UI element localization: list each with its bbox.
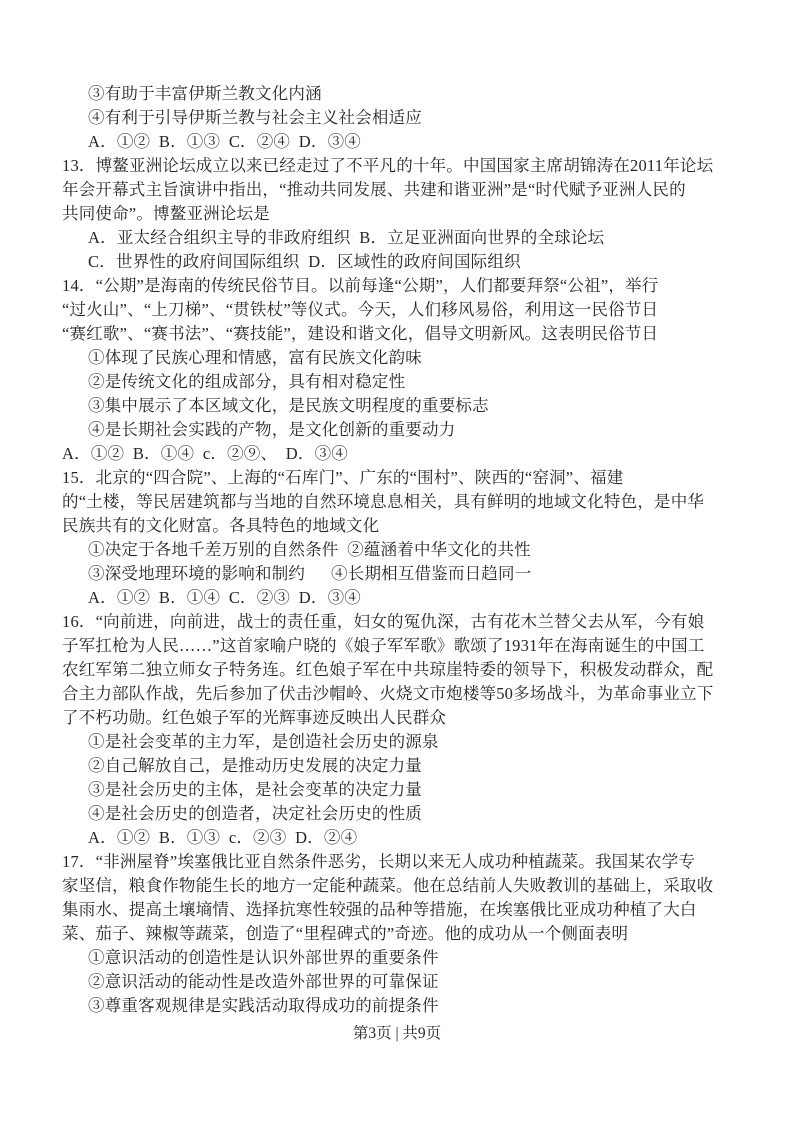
document-line: 家坚信，粮食作物能生长的地方一定能种蔬菜。他在总结前人失败教训的基础上，采取收 <box>62 874 726 898</box>
document-line: ①意识活动的创造性是认识外部世界的重要条件 <box>62 946 726 970</box>
document-line: A．①② B．①③ c．②③ D．②④ <box>62 826 726 850</box>
document-line: ②自己解放自己，是推动历史发展的决定力量 <box>62 754 726 778</box>
document-line: 合主力部队作战，先后参加了伏击沙帽岭、火烧文市炮楼等50多场战斗，为革命事业立下 <box>62 682 726 706</box>
exam-page: ③有助于丰富伊斯兰教文化内涵④有利于引导伊斯兰教与社会主义社会相适应A．①② B… <box>0 0 794 1122</box>
document-line: ①体现了民族心理和情感，富有民族文化韵味 <box>62 346 726 370</box>
document-line: 的“土楼，等民居建筑都与当地的自然环境息息相关，具有鲜明的地域文化特色，是中华 <box>62 490 726 514</box>
document-line: ①决定于各地千差万别的自然条件 ②蕴涵着中华文化的共性 <box>62 538 726 562</box>
document-line: ②意识活动的能动性是改造外部世界的可靠保证 <box>62 970 726 994</box>
page-footer: 第3页 | 共9页 <box>0 1022 794 1046</box>
document-line: A．①② B．①③ C．②④ D．③④ <box>62 130 726 154</box>
document-line: 16．“向前进，向前进，战士的责任重，妇女的冤仇深，古有花木兰替父去从军，今有娘 <box>62 610 726 634</box>
document-line: ③尊重客观规律是实践活动取得成功的前提条件 <box>62 994 726 1018</box>
document-line: 了不朽功勋。红色娘子军的光辉事迹反映出人民群众 <box>62 706 726 730</box>
document-line: ④有利于引导伊斯兰教与社会主义社会相适应 <box>62 106 726 130</box>
document-line: A．①② B．①④ c．②⑨、 D．③④ <box>62 442 726 466</box>
document-line: 农红军第二独立师女子特务连。红色娘子军在中共琼崖特委的领导下，积极发动群众，配 <box>62 658 726 682</box>
document-line: A．亚太经合组织主导的非政府组织 B．立足亚洲面向世界的全球论坛 <box>62 226 726 250</box>
document-line: “赛红歌”、“赛书法”、“赛技能”，建设和谐文化，倡导文明新风。这表明民俗节日 <box>62 322 726 346</box>
document-line: 共同使命”。博鳌亚洲论坛是 <box>62 202 726 226</box>
document-line: ③是社会历史的主体，是社会变革的决定力量 <box>62 778 726 802</box>
document-line: A．①② B．①④ C．②③ D．③④ <box>62 586 726 610</box>
document-line: ④是长期社会实践的产物，是文化创新的重要动力 <box>62 418 726 442</box>
document-line: 子军扛枪为人民……”这首家喻户晓的《娘子军军歌》歌颂了1931年在海南诞生的中国… <box>62 634 726 658</box>
document-line: 13．博鳌亚洲论坛成立以来已经走过了不平凡的十年。中国国家主席胡锦涛在2011年… <box>62 154 726 178</box>
document-line: ③深受地理环境的影响和制约 ④长期相互借鉴而日趋同一 <box>62 562 726 586</box>
document-line: 17．“非洲屋脊”埃塞俄比亚自然条件恶劣，长期以来无人成功种植蔬菜。我国某农学专 <box>62 850 726 874</box>
document-line: 15．北京的“四合院”、上海的“石库门”、广东的“围村”、陕西的“窑洞”、福建 <box>62 466 726 490</box>
document-line: ③有助于丰富伊斯兰教文化内涵 <box>62 82 726 106</box>
document-line: ②是传统文化的组成部分，具有相对稳定性 <box>62 370 726 394</box>
document-line: ③集中展示了本区域文化，是民族文明程度的重要标志 <box>62 394 726 418</box>
document-line: 年会开幕式主旨演讲中指出，“推动共同发展、共建和谐亚洲”是“时代赋予亚洲人民的 <box>62 178 726 202</box>
document-line: “过火山”、“上刀梯”、“贯铁杖”等仪式。今天，人们移风易俗，利用这一民俗节日 <box>62 298 726 322</box>
document-line: ④是社会历史的创造者，决定社会历史的性质 <box>62 802 726 826</box>
document-line: ①是社会变革的主力军，是创造社会历史的源泉 <box>62 730 726 754</box>
document-line: C．世界性的政府间国际组织 D．区域性的政府间国际组织 <box>62 250 726 274</box>
page-number: 第3页 | 共9页 <box>353 1025 441 1042</box>
document-line: 民族共有的文化财富。各具特色的地域文化 <box>62 514 726 538</box>
document-line: 集雨水、提高土壤墒情、选择抗寒性较强的品种等措施，在埃塞俄比亚成功种植了大白 <box>62 898 726 922</box>
document-body: ③有助于丰富伊斯兰教文化内涵④有利于引导伊斯兰教与社会主义社会相适应A．①② B… <box>62 82 726 1018</box>
document-line: 14．“公期”是海南的传统民俗节目。以前每逢“公期”，人们都要拜祭“公祖”，举行 <box>62 274 726 298</box>
document-line: 菜、茄子、辣椒等蔬菜，创造了“里程碑式的”奇迹。他的成功从一个侧面表明 <box>62 922 726 946</box>
